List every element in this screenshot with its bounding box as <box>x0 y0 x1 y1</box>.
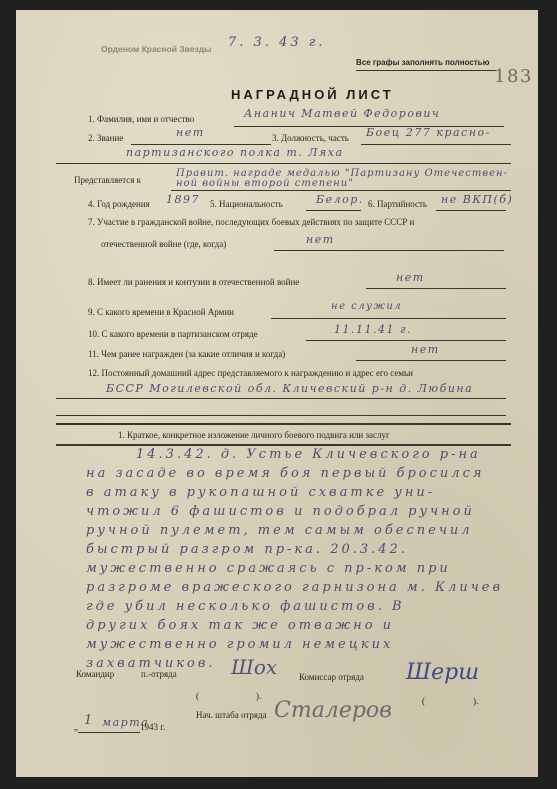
field-label-previous-awards: 11. Чем ранее награжден (за какие отличи… <box>88 349 285 359</box>
merit-line: других боях так же отважно и <box>86 618 536 637</box>
field-value-presented-cont: ной войны второй степени" <box>176 178 354 189</box>
field-label-address: 12. Постоянный домашний адрес представля… <box>88 368 413 378</box>
field-underline <box>131 144 271 145</box>
commissar-signature: Шерш <box>406 660 479 685</box>
field-value-red-army: не служил <box>331 301 402 312</box>
field-value-civil-war: нет <box>306 233 335 246</box>
separator-line <box>56 444 511 446</box>
field-value-previous-awards: нет <box>411 343 440 356</box>
date-year: 1943 г. <box>140 722 165 732</box>
field-value-position: Боец 277 красно- <box>366 126 491 139</box>
archive-number: 183 <box>494 66 533 87</box>
field-label-civil-war-cont: отечественной войне (где, когда) <box>101 239 226 249</box>
field-value-position-cont: партизанского полка т. Ляха <box>126 146 344 159</box>
field-value-wounds: нет <box>396 271 425 284</box>
handwritten-date: 7. 3. 43 г. <box>228 35 325 50</box>
fill-all-notice: Все графы заполнять полностью <box>356 58 489 67</box>
field-underline <box>56 163 511 164</box>
chief-of-staff-label: Нач. штаба отряда <box>196 710 267 720</box>
merit-line: ручной пулемет, тем самым обеспечил <box>86 523 536 542</box>
award-sheet-page: Орденом Красной Звезды 7. 3. 43 г. Все г… <box>16 10 538 777</box>
paren-open-2: ( <box>422 696 425 706</box>
paren-close-2: ). <box>473 696 478 706</box>
field-value-rank: нет <box>176 126 205 139</box>
field-value-partisan-since: 11.11.41 г. <box>334 323 412 336</box>
date-day: 1 <box>84 713 95 728</box>
chief-of-staff-signature: Сталеров <box>274 698 392 723</box>
commander-unit-label: п.-отряда <box>141 669 177 679</box>
field-underline <box>306 210 361 211</box>
date-prefix: „ <box>74 722 78 732</box>
merit-line: быстрый разгром пр-ка. 20.3.42. <box>86 542 536 561</box>
field-label-wounds: 8. Имеет ли ранения и контузии в отечест… <box>88 277 299 287</box>
field-label-birth-year: 4. Год рождения <box>88 199 150 209</box>
merit-line: чтожил 6 фашистов и подобрал ручной <box>86 504 536 523</box>
separator-line <box>56 423 511 425</box>
merit-line: на засаде во время боя первый бросился <box>86 466 536 485</box>
field-label-party: 6. Партийность <box>368 199 427 209</box>
merit-line: мужественно громил немецких <box>86 637 536 656</box>
field-value-birth-year: 1897 <box>166 193 200 206</box>
field-label-partisan-since: 10. С какого времени в партизанском отря… <box>88 329 258 339</box>
merit-description: 14.3.42. д. Устье Кличевского р-на на за… <box>86 447 536 675</box>
notice-underline <box>356 70 496 71</box>
field-underline <box>356 360 506 361</box>
field-value-party: не ВКП(б) <box>441 193 513 206</box>
commander-signature: Шох <box>231 655 277 679</box>
date-underline <box>78 732 140 733</box>
paren-close: ). <box>256 691 261 701</box>
stamp-order: Орденом Красной Звезды <box>101 44 211 54</box>
field-label-civil-war: 7. Участие в гражданской войне, последую… <box>88 217 414 227</box>
field-underline <box>274 250 504 251</box>
field-label-presented: Представляется к <box>74 175 141 185</box>
field-label-rank: 2. Звание <box>88 133 123 143</box>
page-title: НАГРАДНОЙ ЛИСТ <box>231 87 394 102</box>
merit-line: 14.3.42. д. Устье Кличевского р-на <box>136 447 536 466</box>
field-label-nationality: 5. Национальность <box>210 199 283 209</box>
field-underline <box>271 318 506 319</box>
field-underline <box>56 398 506 399</box>
field-underline <box>361 144 511 145</box>
field-underline <box>436 210 506 211</box>
merit-line: разгроме вражеского гарнизона м. Кличев <box>86 580 536 599</box>
merit-line: в атаку в рукопашной схватке уни- <box>86 485 536 504</box>
commander-label: Командир <box>76 669 114 679</box>
field-value-name: Ананич Матвей Федорович <box>244 107 440 120</box>
field-underline <box>171 190 511 191</box>
field-label-red-army: 9. С какого времени в Красной Армии <box>88 307 234 317</box>
field-label-position: 3. Должность, часть <box>272 133 349 143</box>
field-underline <box>366 288 506 289</box>
field-underline <box>306 340 506 341</box>
section-heading: 1. Краткое, конкретное изложение личного… <box>118 430 390 440</box>
separator-line <box>56 415 506 416</box>
merit-line: мужественно сражаясь с пр-ком при <box>86 561 536 580</box>
field-label-name: 1. Фамилия, имя и отчество <box>88 114 194 124</box>
field-value-address: БССР Могилевской обл. Кличевский р-н д. … <box>106 382 473 395</box>
paren-open: ( <box>196 691 199 701</box>
field-value-nationality: Белор. <box>316 193 364 206</box>
commissar-label: Комиссар отряда <box>299 672 364 682</box>
merit-line: где убил несколько фашистов. В <box>86 599 536 618</box>
